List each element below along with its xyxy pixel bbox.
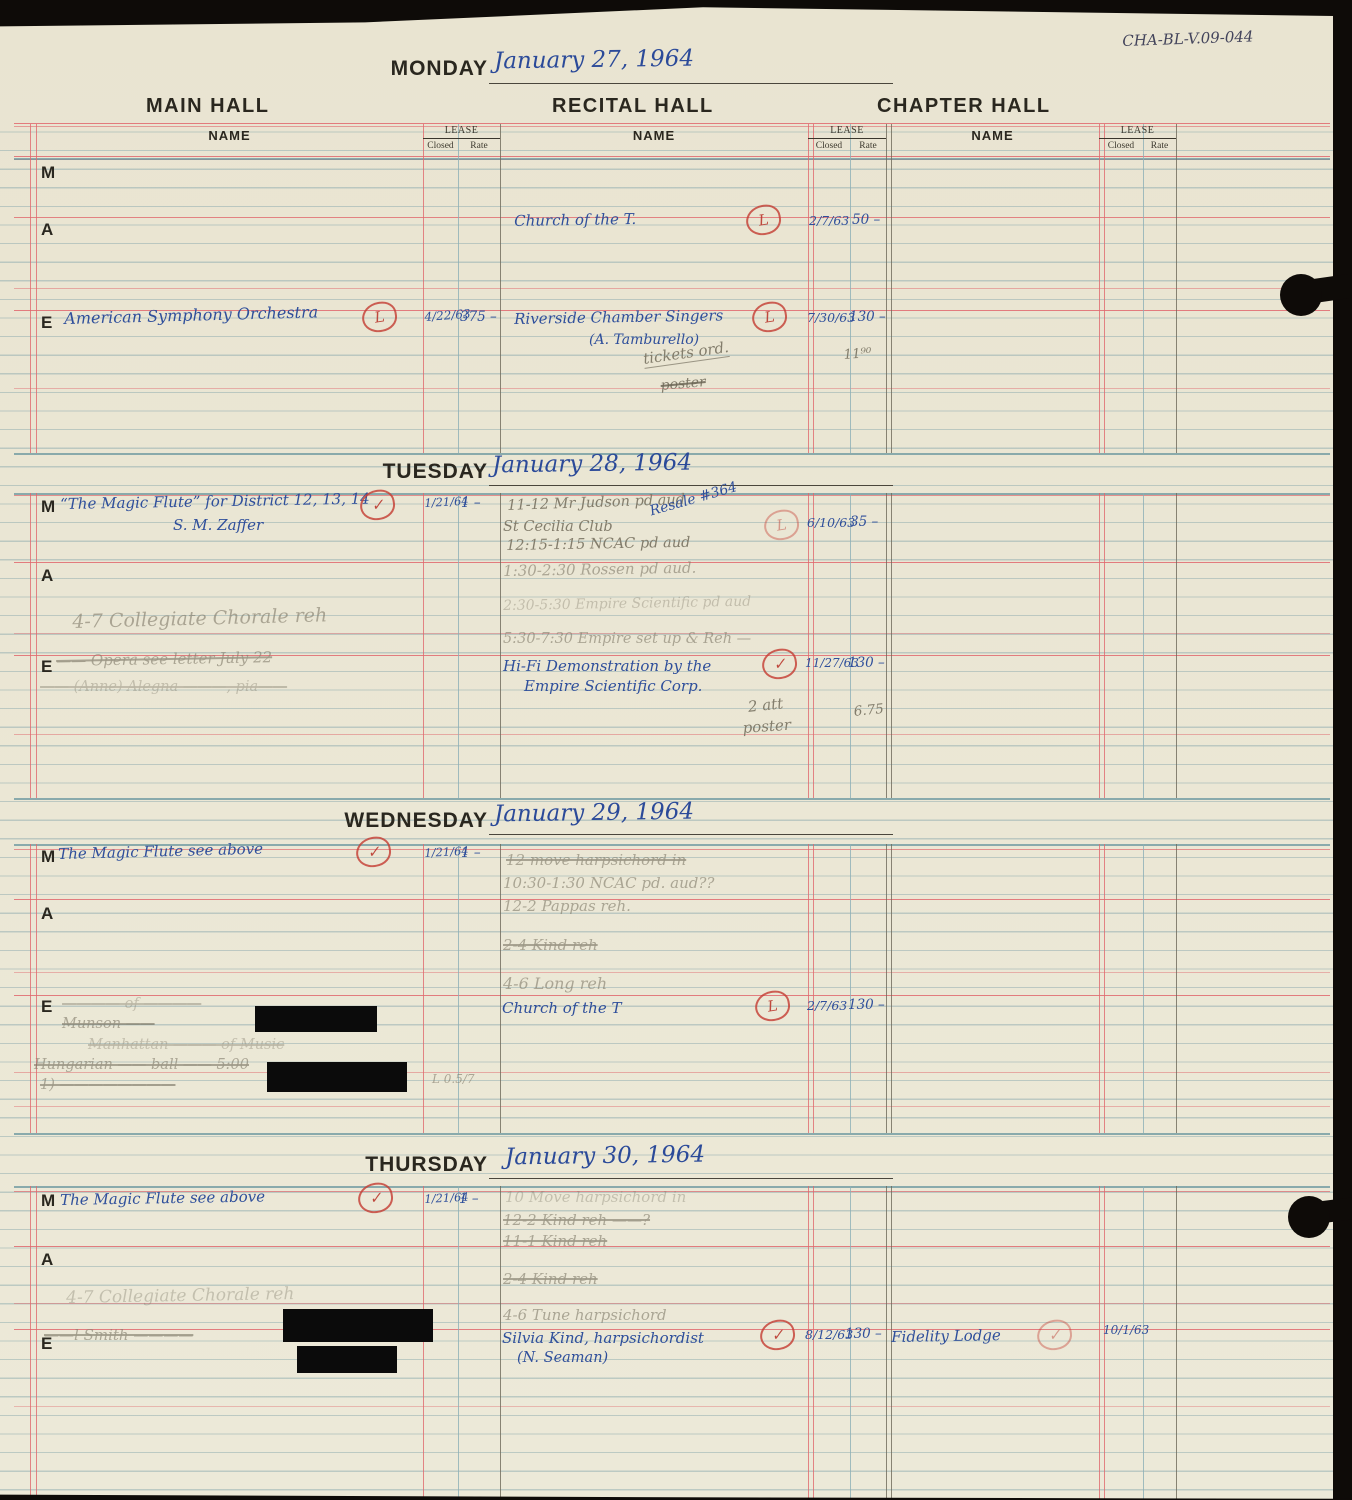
- redaction-box: [267, 1062, 407, 1092]
- booking-name: The Magic Flute see above: [60, 1187, 265, 1209]
- section-divider: [14, 158, 1330, 160]
- pencil-note: 4-7 Collegiate Chorale reh: [66, 1284, 295, 1308]
- lease-rate: 130 –: [848, 997, 885, 1013]
- column-rule: [886, 493, 887, 798]
- day-date-wednesday: January 29, 1964: [494, 799, 694, 828]
- archive-code: CHA-BL-V.09-044: [1122, 27, 1254, 50]
- red-rule: [14, 1246, 1330, 1247]
- column-rule: [1176, 493, 1177, 798]
- hall-title-main: MAIN HALL: [146, 95, 269, 118]
- pencil-amount: 11⁹⁰: [843, 345, 872, 363]
- column-rule: [30, 844, 31, 1133]
- column-rule: [850, 124, 851, 453]
- pencil-schedule-line-crossed: 2-4 Kind reh: [503, 936, 598, 954]
- column-rule: [886, 124, 887, 453]
- day-date-monday: January 27, 1964: [494, 46, 694, 75]
- pencil-note-crossed: —— Opera see letter July 22: [56, 648, 272, 670]
- ledger-paper: CHA-BL-V.09-044 MONDAY January 27, 1964 …: [0, 6, 1334, 1500]
- red-rule: [14, 217, 1330, 218]
- column-rule: [808, 844, 809, 1133]
- column-header-closed: Closed: [1099, 141, 1143, 151]
- column-rule: [500, 124, 501, 453]
- day-title-tuesday: TUESDAY: [256, 460, 488, 484]
- column-rule: [850, 844, 851, 1133]
- column-rule: [1143, 493, 1144, 798]
- column-rule: [891, 124, 892, 453]
- column-rule: [423, 124, 424, 453]
- red-rule: [14, 1406, 1330, 1407]
- booking-name: Silvia Kind, harpsichordist: [502, 1329, 704, 1347]
- column-rule: [500, 493, 501, 798]
- column-rule: [1176, 124, 1177, 453]
- row-label-evening: E: [41, 997, 52, 1017]
- redaction-box: [255, 1006, 377, 1032]
- red-rule: [14, 899, 1330, 900]
- pencil-schedule-line-crossed: 11-1 Kind reh: [503, 1232, 607, 1250]
- lease-rate: 130 –: [849, 309, 886, 325]
- row-label-afternoon: A: [41, 1250, 53, 1270]
- lease-underline: [423, 138, 500, 139]
- pencil-schedule-line: 4-6 Tune harpsichord: [503, 1306, 667, 1324]
- day-title-monday: MONDAY: [256, 57, 488, 81]
- pencil-schedule-line-crossed: 12-2 Kind reh ——?: [503, 1211, 650, 1229]
- row-label-morning: M: [41, 847, 55, 867]
- column-rule: [891, 844, 892, 1133]
- column-rule: [813, 493, 814, 798]
- row-label-afternoon: A: [41, 566, 53, 586]
- red-rule: [14, 156, 1330, 157]
- lease-rate: 1 –: [461, 495, 481, 511]
- pencil-schedule-line: 10:30-1:30 NCAC pd. aud??: [503, 874, 714, 892]
- column-rule: [423, 1186, 424, 1500]
- row-label-afternoon: A: [41, 904, 53, 924]
- column-rule: [36, 124, 37, 453]
- binder-hole-punch: [1288, 1196, 1330, 1238]
- date-underline: [489, 834, 893, 835]
- redaction-box: [283, 1309, 433, 1342]
- lease-rate: 50 –: [852, 212, 880, 228]
- column-header-lease: LEASE: [808, 125, 886, 136]
- column-rule: [1104, 844, 1105, 1133]
- pencil-schedule-line: 1:30-2:30 Rossen pd aud.: [503, 559, 696, 580]
- column-rule: [500, 844, 501, 1133]
- booking-name: Riverside Chamber Singers: [514, 306, 723, 328]
- red-rule: [14, 995, 1330, 996]
- column-rule: [1099, 493, 1100, 798]
- scan-edge-right: [1333, 0, 1352, 1500]
- pencil-note: poster: [742, 716, 792, 737]
- column-rule: [1104, 124, 1105, 453]
- column-rule: [850, 493, 851, 798]
- lease-closed-date: 10/1/63: [1103, 1323, 1149, 1337]
- column-rule: [458, 124, 459, 453]
- pencil-note-crossed: Hungarian —— ball —— 5:00: [34, 1057, 249, 1073]
- red-rule: [14, 734, 1330, 735]
- booking-name-line2: Empire Scientific Corp.: [524, 677, 702, 695]
- pencil-schedule-line-crossed: 2-4 Kind reh: [503, 1270, 598, 1288]
- column-header-closed: Closed: [423, 141, 458, 151]
- column-header-rate: Rate: [458, 141, 500, 151]
- column-rule: [1099, 124, 1100, 453]
- column-header-name: NAME: [886, 128, 1099, 143]
- column-rule: [30, 1186, 31, 1500]
- column-rule: [500, 1186, 501, 1500]
- column-rule: [1104, 1186, 1105, 1500]
- column-rule: [886, 844, 887, 1133]
- pencil-note-crossed: Manhattan ——— of Music: [88, 1037, 284, 1053]
- column-rule: [36, 1186, 37, 1500]
- column-rule: [1176, 1186, 1177, 1500]
- pencil-note-crossed: 1) ————————: [40, 1077, 176, 1093]
- booking-name: Church of the T.: [514, 210, 636, 230]
- column-rule: [813, 844, 814, 1133]
- date-underline: [489, 485, 893, 486]
- date-underline: [489, 83, 893, 84]
- lease-rate: 130 –: [848, 655, 885, 671]
- pencil-note: 2 att: [747, 694, 784, 716]
- pencil-note-crossed: ——l Smith ————: [44, 1326, 193, 1344]
- red-rule: [14, 972, 1330, 973]
- column-header-rate: Rate: [850, 141, 886, 151]
- lease-rate: 35 –: [850, 514, 878, 530]
- red-rule: [14, 288, 1330, 289]
- column-rule: [813, 1186, 814, 1500]
- column-rule: [423, 844, 424, 1133]
- column-header-closed: Closed: [808, 141, 850, 151]
- hall-title-recital: RECITAL HALL: [552, 95, 714, 118]
- column-rule: [30, 493, 31, 798]
- pencil-note-crossed: ———— of ————: [62, 996, 201, 1012]
- pencil-schedule-line: 12-2 Pappas reh.: [503, 897, 631, 915]
- column-rule: [1099, 844, 1100, 1133]
- booking-name-line2: (N. Seaman): [517, 1350, 608, 1366]
- column-rule: [886, 1186, 887, 1500]
- lease-rate: 1 –: [459, 1191, 479, 1207]
- day-date-thursday: January 30, 1964: [505, 1142, 705, 1171]
- booking-name: Church of the T: [502, 999, 622, 1017]
- column-rule: [36, 493, 37, 798]
- column-rule: [30, 124, 31, 453]
- lease-closed-date: 7/30/63: [807, 310, 855, 325]
- red-rule: [14, 123, 1330, 124]
- pencil-schedule-line: 12:15-1:15 NCAC pd aud: [506, 535, 691, 554]
- pencil-schedule-line: 10 Move harpsichord in: [505, 1188, 686, 1206]
- column-header-name: NAME: [36, 128, 423, 143]
- row-label-evening: E: [41, 313, 52, 333]
- pencil-schedule-line: 4-6 Long reh: [503, 974, 607, 993]
- date-underline: [489, 1178, 893, 1179]
- column-rule: [1143, 844, 1144, 1133]
- column-rule: [458, 844, 459, 1133]
- pencil-note-crossed: —— (Anne) Alegna ———, pia——: [40, 679, 287, 695]
- lease-rate: 1 –: [461, 845, 481, 861]
- row-label-morning: M: [41, 163, 55, 183]
- column-header-rate: Rate: [1143, 141, 1176, 151]
- column-rule: [808, 493, 809, 798]
- hall-title-chapter: CHAPTER HALL: [877, 95, 1051, 118]
- column-rule: [458, 1186, 459, 1500]
- lease-closed-date: 2/7/63: [807, 998, 847, 1013]
- lease-underline: [1099, 138, 1176, 139]
- column-rule: [423, 493, 424, 798]
- pencil-note: L 0.5/7: [432, 1072, 475, 1086]
- column-rule: [1143, 124, 1144, 453]
- column-rule: [813, 124, 814, 453]
- lease-closed-date: 6/10/63: [807, 515, 855, 530]
- column-rule: [808, 124, 809, 453]
- red-rule: [14, 1106, 1330, 1107]
- pencil-amount: 6.75: [853, 701, 885, 720]
- column-rule: [1099, 1186, 1100, 1500]
- booking-name: Fidelity Lodge: [891, 1326, 1001, 1346]
- redaction-box: [297, 1346, 397, 1373]
- day-title-thursday: THURSDAY: [256, 1153, 488, 1177]
- section-divider: [14, 1133, 1330, 1135]
- row-label-afternoon: A: [41, 220, 53, 240]
- column-header-lease: LEASE: [1099, 125, 1176, 136]
- column-header-lease: LEASE: [423, 125, 500, 136]
- column-rule: [808, 1186, 809, 1500]
- column-rule: [1143, 1186, 1144, 1500]
- booking-name-line2: S. M. Zaffer: [173, 516, 263, 534]
- column-rule: [1104, 493, 1105, 798]
- pencil-schedule-line: 5:30-7:30 Empire set up & Reh —: [503, 631, 751, 647]
- column-rule: [1176, 844, 1177, 1133]
- lease-underline: [808, 138, 886, 139]
- pencil-schedule-line: St Cecilia Club: [503, 519, 613, 535]
- day-title-wednesday: WEDNESDAY: [256, 809, 488, 833]
- booking-name: Hi-Fi Demonstration by the: [503, 657, 711, 675]
- lease-closed-date: 2/7/63: [809, 213, 849, 228]
- column-rule: [36, 844, 37, 1133]
- row-label-morning: M: [41, 497, 55, 517]
- pencil-schedule-line-crossed: 12 move harpsichord in: [506, 851, 686, 869]
- day-date-tuesday: January 28, 1964: [492, 450, 692, 479]
- row-label-morning: M: [41, 1191, 55, 1211]
- row-label-evening: E: [41, 657, 52, 677]
- column-rule: [850, 1186, 851, 1500]
- column-rule: [891, 493, 892, 798]
- binder-hole-punch: [1280, 274, 1322, 316]
- scanned-ledger-page: CHA-BL-V.09-044 MONDAY January 27, 1964 …: [0, 0, 1352, 1500]
- column-header-name: NAME: [500, 128, 808, 143]
- lease-rate: 130 –: [845, 1326, 882, 1342]
- pencil-note-crossed: Munson ——: [62, 1016, 155, 1032]
- lease-rate: 375 –: [460, 309, 497, 325]
- column-rule: [458, 493, 459, 798]
